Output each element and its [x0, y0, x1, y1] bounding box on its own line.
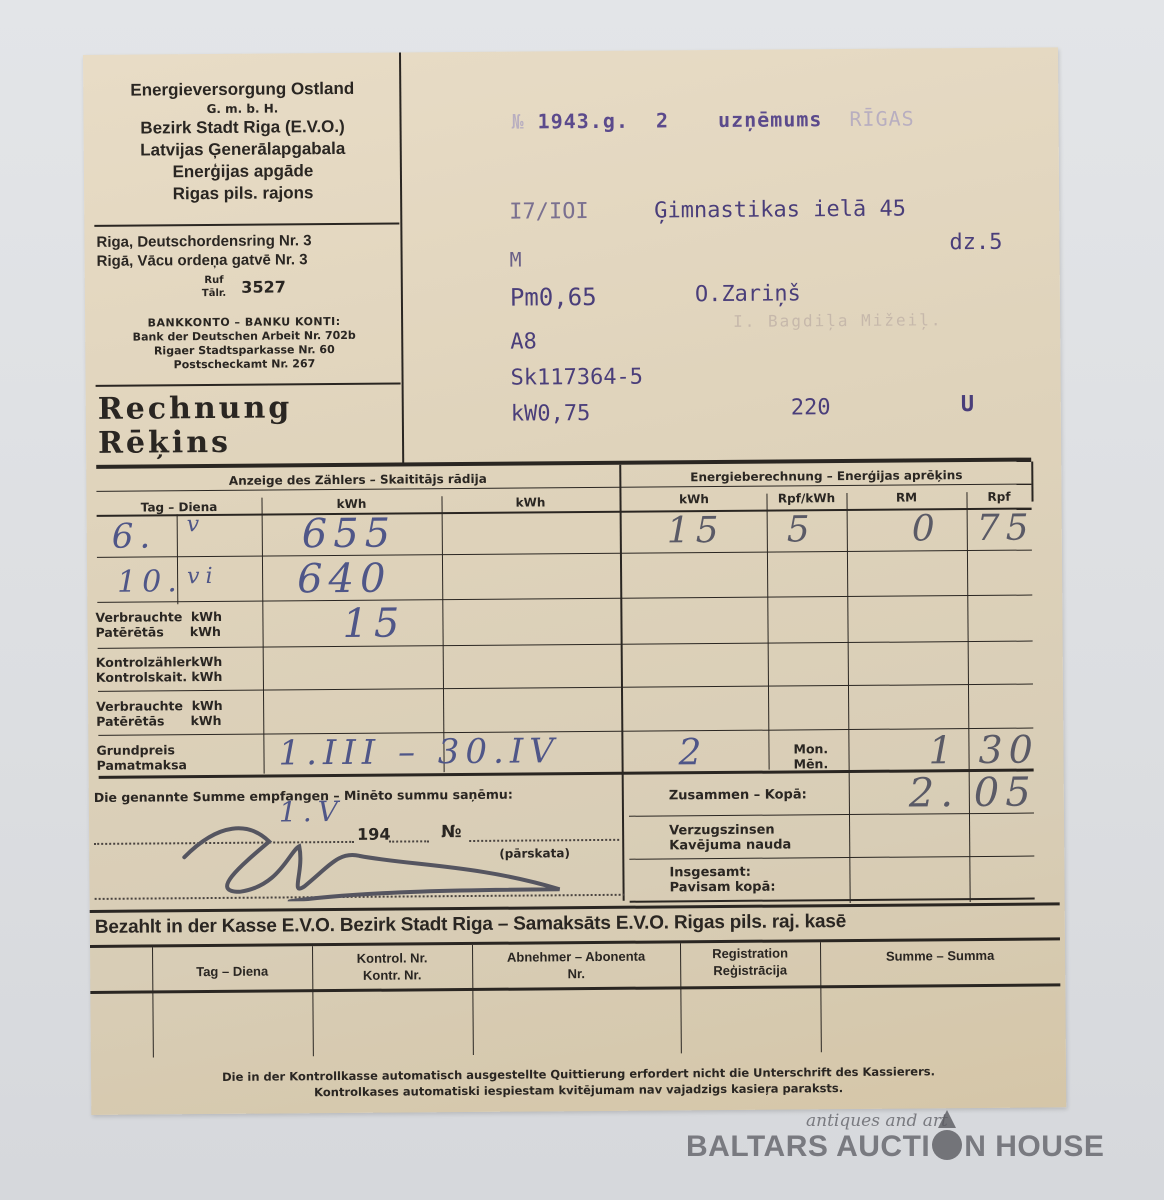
- district-de: Bezirk Stadt Riga (E.V.O.): [83, 116, 401, 140]
- divider: [966, 492, 970, 902]
- customer-apartment: dz.5: [949, 230, 1002, 255]
- stamp-prefix: №: [511, 110, 524, 134]
- consumed-label: Verbrauchte kWh Patērētās kWh: [95, 609, 222, 640]
- divider: [98, 641, 1033, 649]
- meter-readings-heading: Anzeige des Zählers – Skaititājs rādija: [96, 471, 619, 489]
- divider: [846, 493, 850, 903]
- col-rate: Rpf/kWh: [766, 491, 846, 506]
- divider: [630, 898, 1035, 903]
- title-de: Rechnung: [98, 391, 293, 427]
- pay-col-registration: Registration Reģistrācija: [680, 944, 820, 979]
- divider: [441, 496, 444, 772]
- stamp-number: 2: [656, 108, 669, 132]
- bank-account-1: Bank der Deutschen Arbeit Nr. 702b: [85, 328, 403, 344]
- pay-col-control: Kontrol. Nr. Kontr. Nr.: [312, 949, 472, 984]
- total-rm: 2.: [909, 770, 960, 816]
- col-rpf: Rpf: [966, 490, 1031, 505]
- calc-rm: 0: [912, 508, 941, 549]
- divider: [97, 595, 1032, 603]
- col-rm: RM: [846, 490, 966, 505]
- divider: [90, 937, 1060, 948]
- reading-1-month: v: [187, 512, 206, 537]
- reading-2-day: 10.: [117, 564, 183, 600]
- col-calc-kwh: kWh: [621, 492, 766, 507]
- pay-col-sum: Summe – Summa: [820, 947, 1060, 964]
- divider: [261, 498, 264, 774]
- divider: [1031, 462, 1033, 502]
- title-lv: Rēķins: [98, 425, 293, 461]
- calc-kwh: 15: [667, 510, 725, 551]
- divider: [619, 465, 624, 901]
- base-price-label: Grundpreis Pamatmaksa: [96, 742, 187, 773]
- customer-street: Ģimnastikas ielā 45: [654, 197, 906, 224]
- consumed-kwh: 15: [342, 600, 405, 646]
- auction-house-watermark: antiques and art BALTARS AUCTIN HOUSE: [686, 1112, 1104, 1164]
- calc-rate: 5: [787, 509, 816, 550]
- total-rpf: 05: [974, 770, 1037, 816]
- faded-previous-name: I. Bagdiļa Mižeiļ.: [733, 310, 943, 331]
- base-rm: 1: [928, 728, 959, 772]
- issuer-block: Energieversorgung Ostland G. m. b. H. Be…: [83, 53, 404, 465]
- code-a: A8: [510, 329, 537, 354]
- divider: [766, 494, 769, 770]
- col-kwh-1: kWh: [261, 496, 441, 511]
- customer-name: O.Zariņš: [695, 281, 801, 307]
- calc-rpf: 75: [977, 508, 1035, 549]
- divider: [98, 728, 1033, 736]
- phone-label: RufTālr.: [202, 274, 227, 300]
- divider: [96, 383, 401, 387]
- stamp-year: 1943.: [538, 109, 603, 134]
- late-fee-label: Verzugszinsen Kavējuma nauda: [669, 822, 791, 853]
- stamp-word: uzņēmums: [718, 107, 823, 132]
- col-day: Tag – Diena: [97, 500, 262, 515]
- divider: [94, 223, 399, 227]
- divider: [629, 856, 1034, 860]
- crown-logo-icon: [932, 1130, 962, 1160]
- consumed-2-label: Verbrauchte kWh Patērētās kWh: [96, 698, 223, 729]
- payment-heading: Bezahlt in der Kasse E.V.O. Bezirk Stadt…: [95, 909, 1055, 939]
- document-title: Rechnung Rēķins: [98, 391, 293, 461]
- base-rpf: 30: [978, 728, 1039, 772]
- reading-1-kwh: 655: [302, 511, 397, 558]
- base-months: 2: [678, 732, 707, 773]
- reading-2-month: vi: [187, 564, 219, 589]
- divider: [97, 550, 1032, 558]
- signature: [179, 809, 580, 902]
- address-de: Riga, Deutschordensring Nr. 3: [96, 231, 396, 252]
- power-kw: kW0,75: [511, 401, 591, 427]
- pay-col-day: Tag – Diena: [152, 963, 312, 979]
- stamp-faded: RĪGAS: [849, 106, 914, 131]
- control-meter-label: KontrolzählerkWh Kontrolskait. kWh: [96, 654, 223, 685]
- divider: [98, 684, 1033, 692]
- energy-calc-heading: Energieberechnung – Enerģijas aprēķins: [621, 468, 1031, 485]
- company-name-lv-1: Latvijas Ģenerālapgabala: [84, 137, 402, 161]
- total-label: Zusammen – Kopā:: [669, 787, 807, 803]
- phone-number: 3527: [241, 277, 286, 296]
- stamp-g: g.: [603, 109, 629, 133]
- grand-total-label: Insgesamt: Pavisam kopā:: [669, 865, 775, 896]
- bank-account-3: Postscheckamt Nr. 267: [85, 356, 403, 372]
- code-u: U: [961, 392, 974, 417]
- company-name-de: Energieversorgung Ostland: [83, 78, 401, 102]
- company-name: Energieversorgung Ostland G. m. b. H. Be…: [83, 78, 402, 206]
- issuer-address: Riga, Deutschordensring Nr. 3 Rigā, Vācu…: [96, 231, 396, 271]
- reading-2-kwh: 640: [297, 556, 392, 603]
- base-period: 1.III – 30.IV: [278, 731, 560, 773]
- meter-number: Sk117364-5: [510, 365, 643, 391]
- phone-block: RufTālr. 3527: [85, 272, 403, 300]
- footnote: Die in der Kontrollkasse automatisch aus…: [91, 1062, 1066, 1102]
- date-stamp: № 1943.g. 2 uzņēmums RĪGAS: [511, 106, 914, 133]
- bank-accounts: BANKKONTO – BANKU KONTI: Bank der Deutsc…: [85, 314, 403, 372]
- account-number: I7/IOI: [509, 199, 589, 225]
- district-lv: Rigas pils. rajons: [84, 181, 402, 205]
- pay-col-subscriber: Abnehmer – Abonenta Nr.: [472, 947, 680, 983]
- reading-1-day: 6.: [112, 516, 157, 556]
- watermark-brand: BALTARS AUCTIN HOUSE: [686, 1130, 1104, 1163]
- divider: [90, 983, 1060, 994]
- voltage: 220: [791, 395, 831, 420]
- divider: [99, 769, 1034, 779]
- address-lv: Rigā, Vācu ordeņa gatvē Nr. 3: [97, 250, 397, 271]
- invoice-document: Energieversorgung Ostland G. m. b. H. Be…: [83, 47, 1066, 1115]
- code-m: M: [510, 248, 522, 272]
- col-kwh-2: kWh: [441, 495, 619, 510]
- months-label: Mon. Mēn.: [793, 741, 828, 771]
- tariff-pm: Pm0,65: [510, 283, 597, 312]
- company-name-lv-2: Enerģijas apgāde: [84, 159, 402, 183]
